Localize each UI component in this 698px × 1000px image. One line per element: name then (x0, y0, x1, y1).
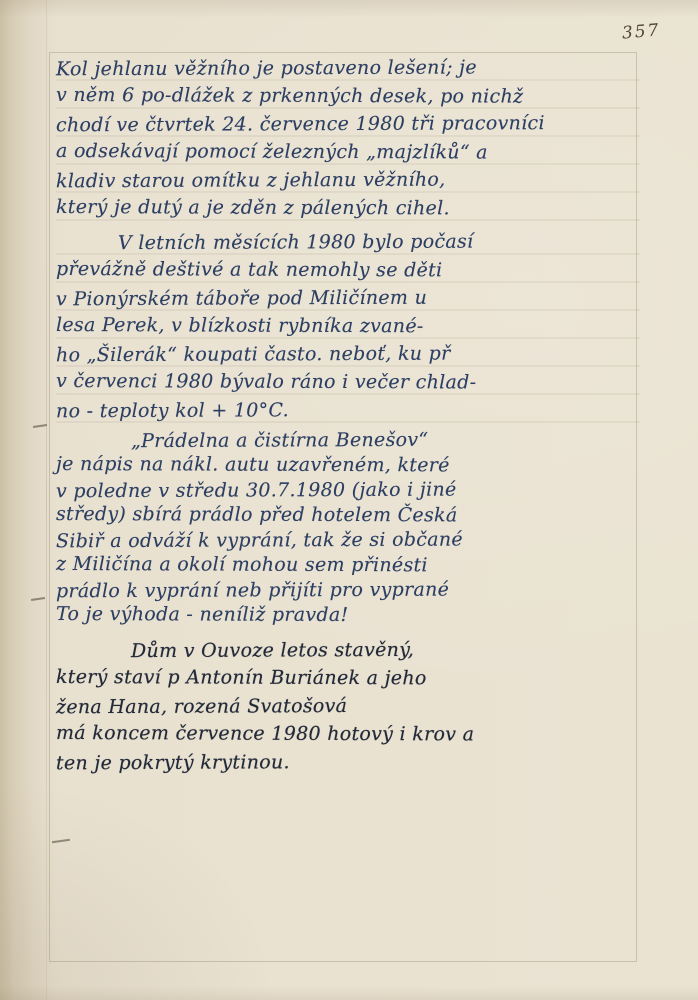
text-line: má koncem července 1980 hotový i krov a (56, 719, 640, 749)
handwritten-text-block: Kol jehlanu věžního je postaveno lešení;… (56, 54, 640, 776)
text-line: V letních měsících 1980 bylo počasí (118, 227, 640, 257)
text-line: v Pionýrském táboře pod Miličínem u (56, 283, 640, 314)
text-line: lesa Perek, v blízkosti rybníka zvané- (56, 311, 640, 341)
margin-dash-mark (52, 839, 70, 843)
page-crease (46, 0, 47, 1000)
text-line: středy) sbírá prádlo před hotelem Česká (56, 502, 640, 529)
text-line: „Prádelna a čistírna Benešov“ (131, 427, 640, 454)
paragraph-scaffolding: Kol jehlanu věžního je postaveno lešení;… (56, 54, 640, 222)
text-line: z Miličína a okolí mohou sem přinésti (56, 552, 640, 579)
text-line: a odsekávají pomocí železných „majzlíků“… (56, 137, 640, 167)
text-line: je nápis na nákl. autu uzavřeném, které (56, 452, 640, 479)
paragraph-laundry: „Prádelna a čistírna Benešov“ je nápis n… (56, 428, 640, 628)
chronicle-page-photo: 357 Kol jehlanu věžního je postaveno leš… (0, 0, 698, 1000)
text-line: převážně deštivé a tak nemohly se děti (56, 255, 640, 285)
margin-dash-mark (33, 424, 47, 428)
text-line: který staví p Antonín Buriánek a jeho (56, 663, 640, 693)
text-line: Dům v Ouvoze letos stavěný, (131, 635, 640, 665)
text-line: v červenci 1980 bývalo ráno i večer chla… (56, 367, 640, 397)
margin-dash-mark (31, 597, 45, 601)
text-line: To je výhoda - neníliž pravda! (56, 602, 640, 629)
text-line: Kol jehlanu věžního je postaveno lešení;… (56, 53, 640, 84)
text-line: v něm 6 po-dlážek z prkenných desek, po … (56, 81, 640, 111)
text-line: který je dutý a je zděn z pálených cihel… (56, 193, 640, 223)
text-line: prádlo k vyprání neb přijíti pro vyprané (56, 577, 640, 605)
paragraph-weather: V letních měsících 1980 bylo počasí přev… (56, 228, 640, 424)
text-line: chodí ve čtvrtek 24. července 1980 tři p… (56, 109, 640, 140)
text-line: no - teploty kol + 10°C. (56, 395, 640, 426)
text-line: Sibiř a odváží k vyprání, tak že si obča… (56, 527, 640, 555)
text-line: žena Hana, rozená Svatošová (56, 691, 640, 722)
page-number: 357 (621, 20, 661, 43)
text-line: ten je pokrytý krytinou. (56, 747, 640, 778)
text-line: v poledne v středu 30.7.1980 (jako i jin… (56, 477, 640, 505)
text-line: kladiv starou omítku z jehlanu věžního, (56, 165, 640, 196)
paragraph-house: Dům v Ouvoze letos stavěný, který staví … (56, 636, 640, 776)
text-line: ho „Šilerák“ koupati často. neboť, ku př (56, 339, 640, 370)
